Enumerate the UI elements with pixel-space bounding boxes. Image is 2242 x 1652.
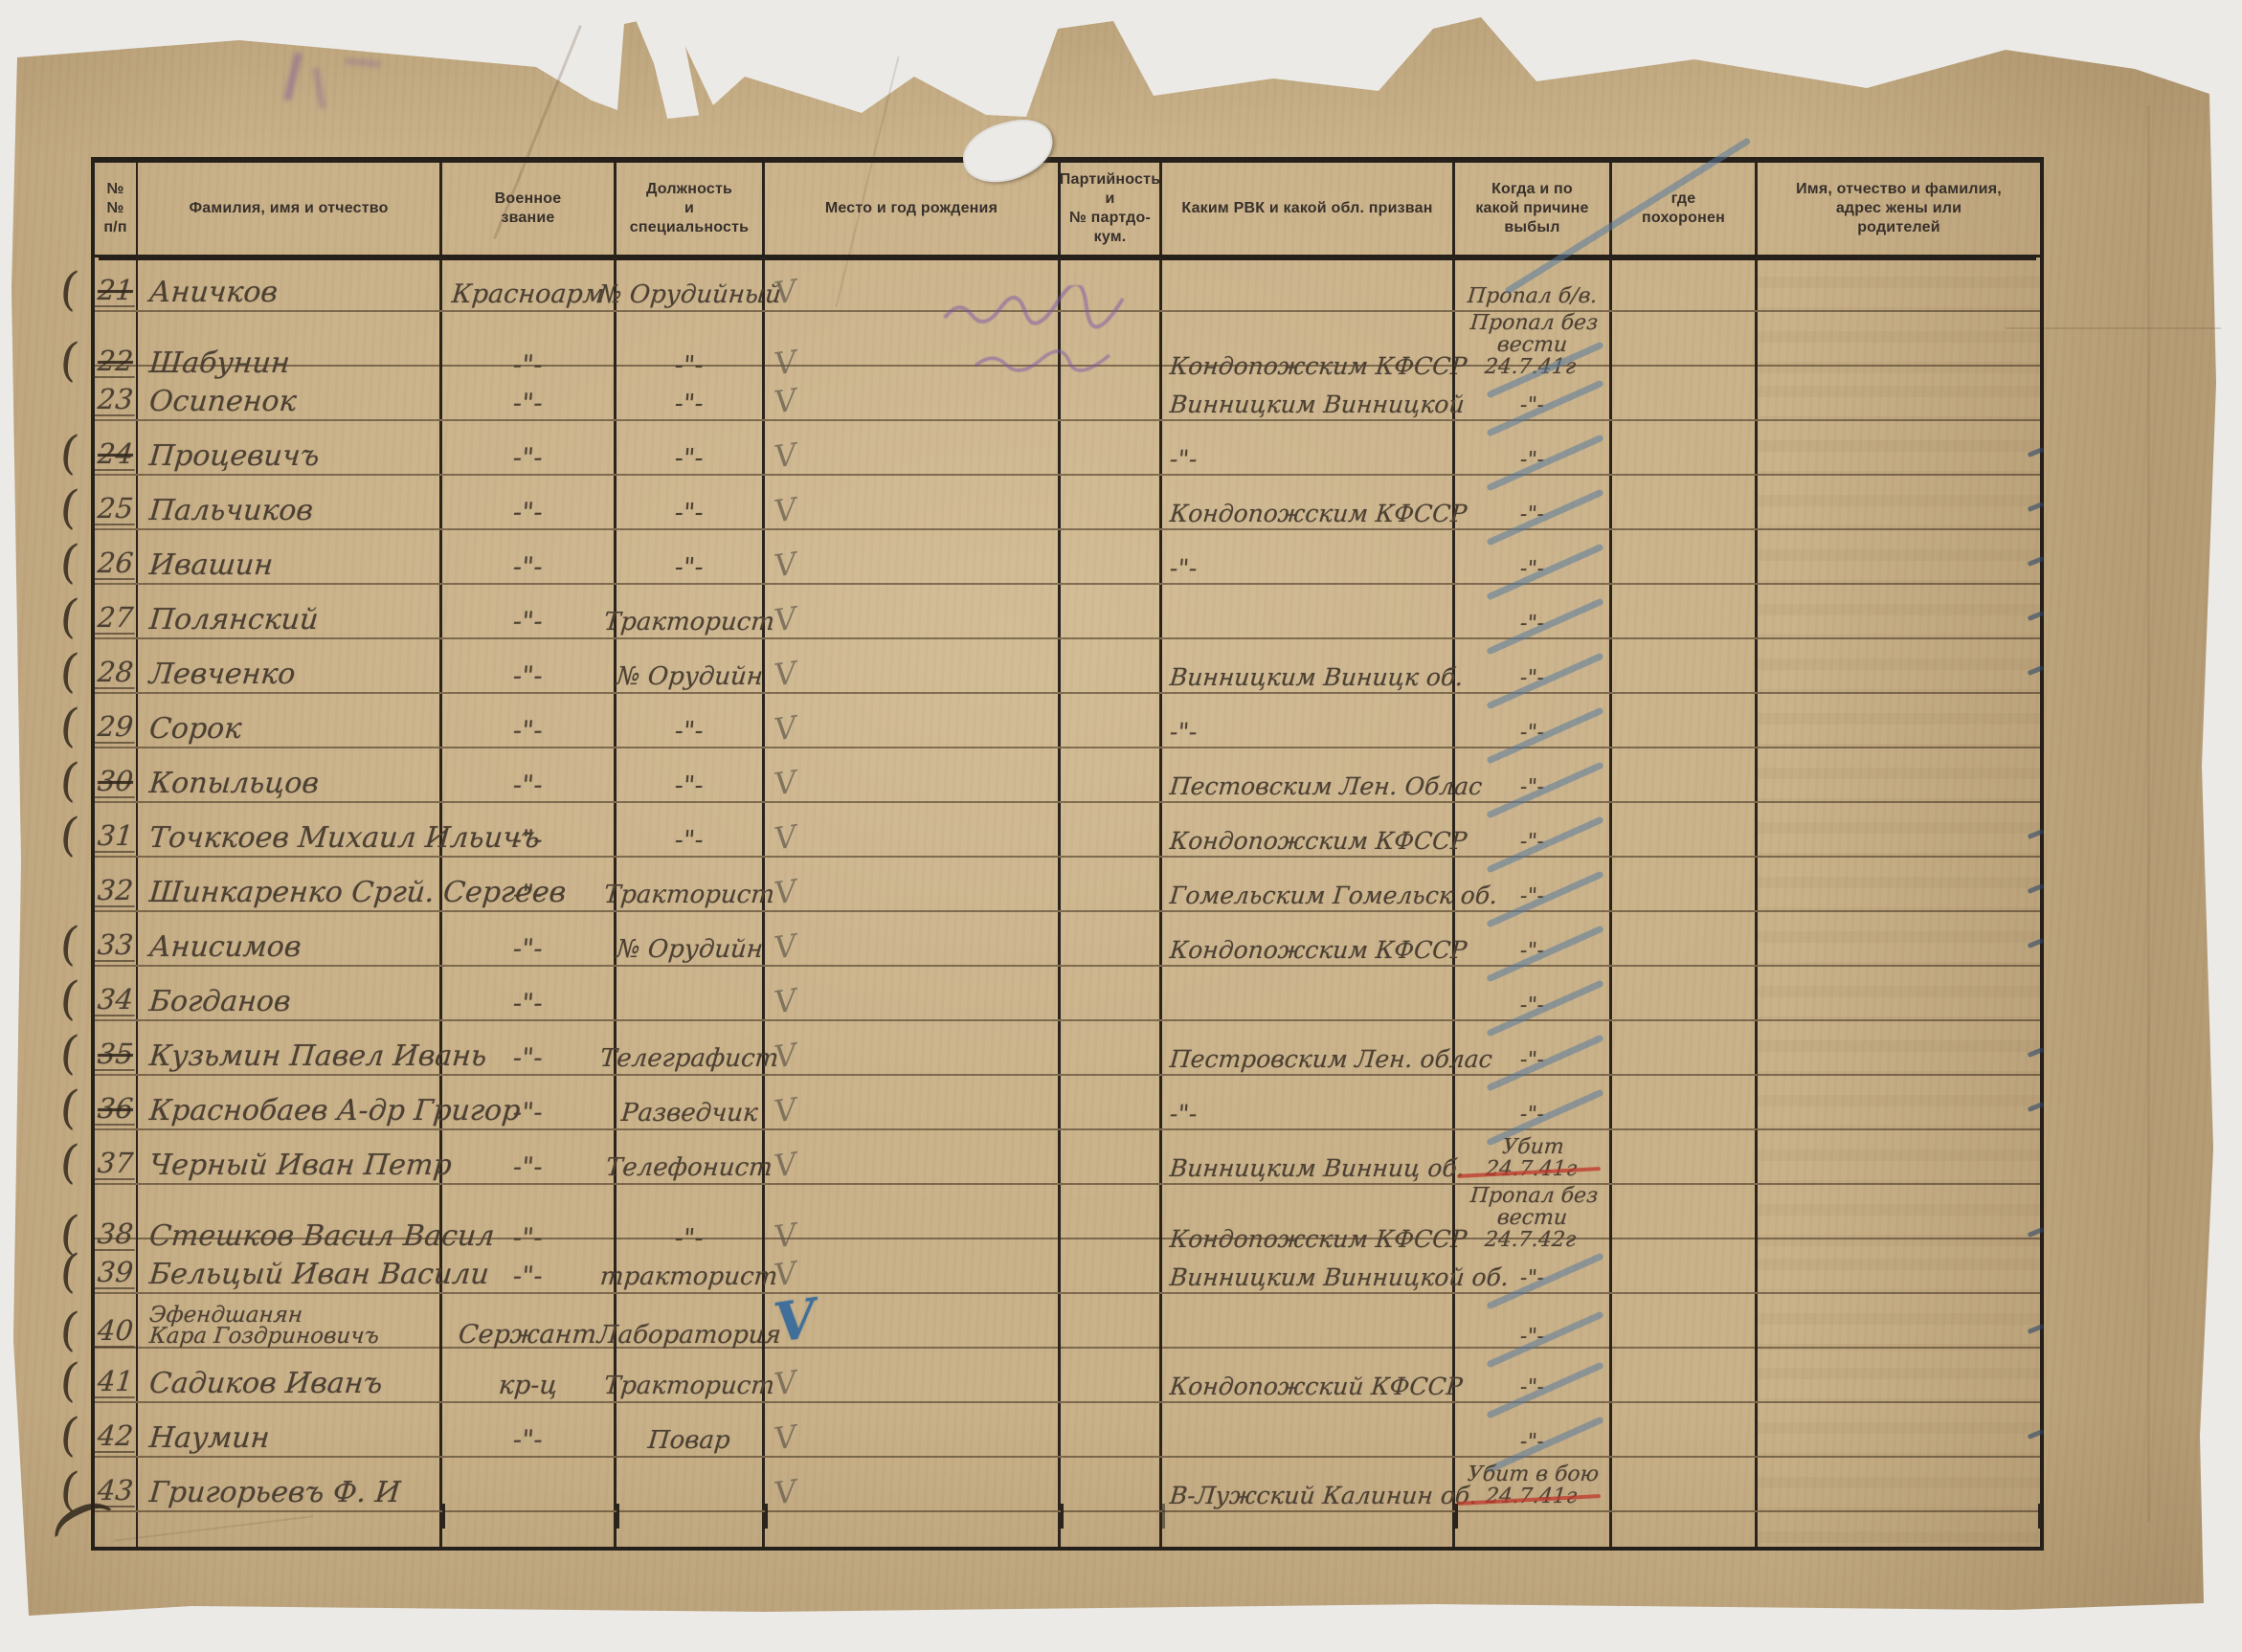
person-name: Наумин: [148, 1424, 271, 1453]
name-cell: Копыльцов: [138, 748, 442, 801]
rank-cell: -"-: [442, 367, 617, 419]
birth-cell: V: [765, 912, 1061, 965]
when-cell: -"-: [1455, 1076, 1612, 1128]
rvk-cell: Пестровским Лен. облас: [1162, 1021, 1455, 1074]
when-cell: -"-: [1455, 803, 1612, 856]
rvk-cell: [1162, 967, 1455, 1019]
pencil-check-mark: V: [773, 821, 798, 855]
family-cell: [1758, 1130, 2040, 1183]
birth-cell: V: [765, 1294, 1061, 1351]
num-cell: ( 32: [95, 858, 138, 910]
person-name: Левченко: [148, 660, 297, 689]
rvk-text: В-Лужский Калинин об.: [1169, 1484, 1478, 1507]
name-cell: Черный Иван Петр: [138, 1130, 442, 1183]
where-cell: [1612, 585, 1758, 637]
rank-text: -"-: [512, 663, 544, 689]
rvk-cell: В-Лужский Калинин об.: [1162, 1458, 1455, 1510]
rvk-cell: [1162, 1294, 1455, 1351]
position-cell: Тракторист: [617, 585, 765, 637]
position-text: -"-: [674, 773, 705, 798]
table-row: ( 26 Ивашин -"- -"- V -"- -"-: [95, 530, 2040, 585]
rvk-cell: Винницким Винницкой об.: [1162, 1239, 1455, 1292]
rvk-cell: Кондопожским КФССР: [1162, 912, 1455, 965]
rank-text: -"-: [512, 391, 544, 416]
position-text: тракторист: [599, 1264, 779, 1289]
pencil-check-mark: V: [773, 658, 798, 691]
where-cell: [1612, 530, 1758, 583]
table-row: ( 42 Наумин -"- Повар V -"-: [95, 1403, 2040, 1458]
row-number: 40: [94, 1317, 138, 1348]
position-text: -"-: [674, 828, 705, 853]
where-cell: [1612, 1021, 1758, 1074]
pencil-check-mark: V: [773, 930, 798, 964]
column-line-stub: [765, 1504, 768, 1529]
table-row: ( 36 Краснобаев А-др Григор -"- Разведчи…: [95, 1076, 2040, 1130]
rvk-text: Винницким Винниц об.: [1169, 1156, 1466, 1180]
rank-cell: Сержант: [442, 1294, 617, 1351]
position-cell: -"-: [617, 421, 765, 474]
row-number: 42: [94, 1422, 138, 1453]
party-cell: [1061, 1021, 1162, 1074]
row-number: 24: [94, 440, 138, 471]
table-row: ( 28 Левченко -"- № Орудийн V Винницким …: [95, 639, 2040, 694]
column-line-stub: [617, 1504, 619, 1529]
party-cell: [1061, 476, 1162, 528]
family-cell: [1758, 257, 2040, 310]
pencil-check-mark: V: [773, 1094, 798, 1127]
num-cell: ( 35: [95, 1021, 138, 1074]
position-cell: тракторист: [617, 1239, 765, 1292]
table-row: ( 30 Копыльцов -"- -"- V Пестовским Лен.…: [95, 748, 2040, 803]
pencil-check-mark: V: [773, 494, 798, 527]
party-cell: [1061, 1130, 1162, 1183]
position-text: № Орудийный: [596, 282, 781, 307]
when-cell: -"-: [1455, 476, 1612, 528]
person-name: Сорок: [148, 715, 243, 744]
blue-ink-dash: [2028, 447, 2045, 458]
row-number: 23: [94, 386, 138, 416]
rank-cell: -"-: [442, 803, 617, 856]
name-cell: Анисимов: [138, 912, 442, 965]
position-text: Лаборатория: [596, 1323, 782, 1348]
rank-cell: -"-: [442, 967, 617, 1019]
column-line-stub: [1162, 1504, 1165, 1529]
where-cell: [1612, 1130, 1758, 1183]
birth-cell: V: [765, 585, 1061, 637]
name-cell: Процевичъ: [138, 421, 442, 474]
pencil-check-mark: V: [773, 1039, 798, 1073]
row-number: 26: [94, 549, 138, 580]
when-cell: Убит в бою 24.7.41г: [1455, 1458, 1612, 1510]
num-cell: ( 40: [95, 1294, 138, 1351]
row-number: 32: [94, 877, 138, 907]
rvk-cell: Гомельским Гомельск об.: [1162, 858, 1455, 910]
position-cell: № Орудийный: [617, 257, 765, 310]
row-number: 29: [94, 713, 138, 744]
party-cell: [1061, 1294, 1162, 1351]
rank-cell: [442, 1458, 617, 1510]
rvk-text: -"-: [1169, 1102, 1199, 1126]
party-cell: [1061, 748, 1162, 801]
rank-text: -"-: [512, 500, 544, 525]
num-cell: ( 39: [95, 1239, 138, 1292]
pencil-check-mark: V: [773, 439, 798, 473]
rank-cell: -"-: [442, 639, 617, 692]
table-header-row: №№ п/п Фамилия, имя и отчество Военное з…: [95, 163, 2040, 257]
where-cell: [1612, 748, 1758, 801]
paper-crease: [2147, 105, 2150, 1522]
position-cell: Повар: [617, 1403, 765, 1456]
when-text: Пропал б/в.: [1467, 285, 1598, 307]
num-cell: ( 25: [95, 476, 138, 528]
rank-cell: -"-: [442, 1076, 617, 1128]
where-cell: [1612, 694, 1758, 747]
name-cell: Краснобаев А-др Григор: [138, 1076, 442, 1128]
position-cell: Лаборатория: [617, 1294, 765, 1351]
position-cell: Разведчик: [617, 1076, 765, 1128]
rank-text: -"-: [512, 991, 544, 1016]
person-name: Пальчиков: [148, 497, 315, 525]
rank-text: -"-: [512, 827, 544, 853]
rank-text: Красноарм: [451, 281, 606, 307]
rank-text: Сержант: [458, 1322, 597, 1348]
where-cell: [1612, 1349, 1758, 1401]
where-cell: [1612, 367, 1758, 419]
table-row: ( 24 Процевичъ -"- -"- V -"- -"-: [95, 421, 2040, 476]
birth-cell: V: [765, 421, 1061, 474]
table-row: ( 43 Григорьевъ Ф. И V В-Лужский Калинин…: [95, 1458, 2040, 1512]
party-cell: [1061, 967, 1162, 1019]
pencil-check-mark: V: [773, 603, 798, 636]
row-number: 35: [94, 1040, 138, 1071]
name-cell: Григорьевъ Ф. И: [138, 1458, 442, 1510]
person-name: Черный Иван Петр: [148, 1151, 453, 1180]
table-row: ( 32 Шинкаренко Сргй. Сергеев -"- Тракто…: [95, 858, 2040, 912]
birth-cell: V: [765, 1458, 1061, 1510]
rank-cell: Красноарм: [442, 257, 617, 310]
num-cell: ( 30: [95, 748, 138, 801]
family-cell: [1758, 803, 2040, 856]
table-row: ( 41 Садиков Иванъ кр-ц Тракторист V Кон…: [95, 1349, 2040, 1403]
party-cell: [1061, 912, 1162, 965]
rank-cell: -"-: [442, 912, 617, 965]
when-cell: -"-: [1455, 858, 1612, 910]
violet-pencil-scribble: [933, 285, 1173, 410]
party-cell: [1061, 530, 1162, 583]
where-cell: [1612, 1239, 1758, 1292]
family-cell: [1758, 1239, 2040, 1292]
family-cell: [1758, 912, 2040, 965]
name-cell: Эфендшанян Кара Гоздриновичъ: [138, 1294, 442, 1351]
table-row: ( 37 Черный Иван Петр -"- Телефонист V В…: [95, 1130, 2040, 1185]
num-cell: ( 31: [95, 803, 138, 856]
name-cell: Точккоев Михаил Ильичъ: [138, 803, 442, 856]
table-body: ( 21 Аничков Красноарм № Орудийный V Про…: [95, 257, 2040, 1547]
header-position: Должность и специальность: [617, 163, 765, 255]
party-cell: [1061, 803, 1162, 856]
position-cell: -"-: [617, 367, 765, 419]
position-cell: Тракторист: [617, 858, 765, 910]
num-cell: ( 24: [95, 421, 138, 474]
where-cell: [1612, 1458, 1758, 1510]
name-cell: Сорок: [138, 694, 442, 747]
name-cell: Ивашин: [138, 530, 442, 583]
name-cell: Левченко: [138, 639, 442, 692]
rvk-text: -"-: [1169, 720, 1199, 744]
header-rank: Военное звание: [442, 163, 617, 255]
rank-text: -"-: [512, 772, 544, 798]
name-cell: Полянский: [138, 585, 442, 637]
name-cell: Осипенок: [138, 367, 442, 419]
name-cell: Богданов: [138, 967, 442, 1019]
rank-cell: -"-: [442, 1130, 617, 1183]
blue-ink-dash: [2028, 665, 2045, 676]
family-cell: [1758, 530, 2040, 583]
position-text: Тракторист: [603, 882, 775, 907]
position-text: № Орудийн: [615, 664, 763, 689]
party-cell: [1061, 421, 1162, 474]
where-cell: [1612, 1076, 1758, 1128]
position-text: -"-: [674, 501, 705, 525]
rank-text: -"-: [512, 1263, 544, 1289]
rank-text: -"-: [512, 718, 544, 744]
birth-cell: V: [765, 1130, 1061, 1183]
family-cell: [1758, 1458, 2040, 1510]
rvk-cell: -"-: [1162, 530, 1455, 583]
where-cell: [1612, 858, 1758, 910]
position-text: Телефонист: [605, 1155, 773, 1180]
rvk-cell: [1162, 1403, 1455, 1456]
row-number: 36: [94, 1095, 138, 1126]
rvk-cell: Кондопожским КФССР: [1162, 803, 1455, 856]
rvk-cell: Винницким Винницкой: [1162, 367, 1455, 419]
num-cell: ( 23: [95, 367, 138, 419]
table-filler-row: [95, 1512, 2040, 1547]
rvk-text: Кондопожским КФССР: [1169, 938, 1468, 962]
pencil-check-mark: V: [773, 985, 798, 1018]
rvk-text: Кондопожским КФССР: [1169, 829, 1468, 853]
row-number: 34: [94, 986, 138, 1016]
column-line-stub: [2038, 1504, 2041, 1529]
when-cell: -"-: [1455, 912, 1612, 965]
column-line-stub: [442, 1504, 445, 1529]
table-row: ( 33 Анисимов -"- № Орудийн V Кондопожск…: [95, 912, 2040, 967]
position-cell: [617, 1458, 765, 1510]
rvk-cell: -"-: [1162, 694, 1455, 747]
where-cell: [1612, 1294, 1758, 1351]
when-cell: -"-: [1455, 530, 1612, 583]
birth-cell: V: [765, 476, 1061, 528]
where-cell: [1612, 257, 1758, 310]
row-number: 21: [94, 277, 138, 307]
position-text: -"-: [674, 391, 705, 416]
person-name: Бельцый Иван Васили: [148, 1261, 490, 1289]
table-row: ( 25 Пальчиков -"- -"- V Кондопожским КФ…: [95, 476, 2040, 530]
table-row: ( 27 Полянский -"- Тракторист V -"-: [95, 585, 2040, 639]
rank-cell: -"-: [442, 694, 617, 747]
num-cell: ( 28: [95, 639, 138, 692]
position-cell: -"-: [617, 476, 765, 528]
pencil-check-mark: V: [773, 876, 798, 909]
family-cell: [1758, 639, 2040, 692]
header-rvk: Каким РВК и какой обл. призван: [1162, 163, 1455, 255]
person-name: Григорьевъ Ф. И: [148, 1479, 402, 1507]
where-cell: [1612, 421, 1758, 474]
position-text: -"-: [674, 555, 705, 580]
header-number: №№ п/п: [95, 163, 138, 255]
person-name: Осипенок: [148, 388, 298, 416]
position-cell: Телефонист: [617, 1130, 765, 1183]
pencil-check-mark: V: [773, 1367, 798, 1400]
rvk-cell: Кондопожским КФССР: [1162, 476, 1455, 528]
rank-text: -"-: [512, 1100, 544, 1126]
person-name: Богданов: [148, 988, 292, 1016]
when-cell: -"-: [1455, 1239, 1612, 1292]
table-row: ( 34 Богданов -"- V -"-: [95, 967, 2040, 1021]
birth-cell: V: [765, 1021, 1061, 1074]
pencil-check-mark: V: [773, 1258, 798, 1291]
name-cell: Наумин: [138, 1403, 442, 1456]
party-cell: [1061, 1458, 1162, 1510]
rvk-text: -"-: [1169, 556, 1199, 580]
name-cell: Кузьмин Павел Ивань: [138, 1021, 442, 1074]
family-cell: [1758, 367, 2040, 419]
name-cell: Бельцый Иван Васили: [138, 1239, 442, 1292]
pencil-check-mark: V: [771, 1291, 819, 1351]
family-cell: [1758, 476, 2040, 528]
position-cell: № Орудийн: [617, 912, 765, 965]
position-text: Разведчик: [620, 1101, 759, 1126]
family-cell: [1758, 858, 2040, 910]
row-number: 25: [94, 495, 138, 525]
table-row: ( 29 Сорок -"- -"- V -"- -"-: [95, 694, 2040, 748]
position-text: Телеграфист: [599, 1046, 780, 1071]
row-number: 30: [94, 768, 138, 798]
num-cell: ( 36: [95, 1076, 138, 1128]
num-cell: ( 21: [95, 257, 138, 310]
position-cell: -"-: [617, 803, 765, 856]
pencil-check-mark: V: [773, 385, 798, 418]
table-row: ( 40 Эфендшанян Кара Гоздриновичъ Сержан…: [95, 1294, 2040, 1349]
when-cell: -"-: [1455, 585, 1612, 637]
row-number: 41: [94, 1368, 138, 1398]
where-cell: [1612, 967, 1758, 1019]
position-cell: -"-: [617, 694, 765, 747]
rvk-cell: [1162, 257, 1455, 310]
family-cell: [1758, 421, 2040, 474]
position-cell: Телеграфист: [617, 1021, 765, 1074]
rvk-text: Пестовским Лен. Облас: [1169, 774, 1483, 798]
num-cell: ( 42: [95, 1403, 138, 1456]
person-name: Садиков Иванъ: [148, 1370, 384, 1398]
family-cell: [1758, 1403, 2040, 1456]
rank-text: -"-: [512, 609, 544, 635]
rvk-text: Винницким Винницкой: [1169, 392, 1466, 416]
rvk-cell: Винницким Винниц об.: [1162, 1130, 1455, 1183]
pencil-check-mark: V: [773, 548, 798, 582]
row-number: 37: [94, 1150, 138, 1180]
person-name: Процевичъ: [148, 442, 321, 471]
rank-text: -"-: [512, 554, 544, 580]
row-number: 39: [94, 1259, 138, 1289]
rvk-cell: Винницким Виницк об.: [1162, 639, 1455, 692]
when-cell: Убит 24.7.41г: [1455, 1130, 1612, 1183]
num-cell: ( 41: [95, 1349, 138, 1401]
column-line-stub: [1061, 1504, 1064, 1529]
pencil-check-mark: V: [773, 767, 798, 800]
blue-ink-dash: [2028, 611, 2045, 621]
family-cell: [1758, 1076, 2040, 1128]
scanned-document-page: №№ п/п Фамилия, имя и отчество Военное з…: [0, 0, 2242, 1652]
birth-cell: V: [765, 1403, 1061, 1456]
party-cell: [1061, 585, 1162, 637]
family-cell: [1758, 748, 2040, 801]
rvk-text: Гомельским Гомельск об.: [1169, 883, 1498, 907]
name-cell: Шинкаренко Сргй. Сергеев: [138, 858, 442, 910]
position-text: № Орудийн: [615, 937, 763, 962]
person-name: Полянский: [148, 606, 320, 635]
position-cell: № Орудийн: [617, 639, 765, 692]
rvk-text: Кондопожским КФССР: [1169, 502, 1468, 525]
party-cell: [1061, 1076, 1162, 1128]
when-cell: -"-: [1455, 1021, 1612, 1074]
when-cell: -"-: [1455, 748, 1612, 801]
blue-ink-dash: [2028, 1227, 2045, 1238]
num-cell: ( 27: [95, 585, 138, 637]
position-cell: Тракторист: [617, 1349, 765, 1401]
person-name: Аничков: [148, 279, 280, 307]
row-number: 27: [94, 604, 138, 635]
person-name-line2: Кара Гоздриновичъ: [148, 1327, 380, 1348]
blue-ink-dash: [2028, 502, 2045, 512]
party-cell: [1061, 639, 1162, 692]
pencil-check-mark: V: [773, 1476, 798, 1509]
party-cell: [1061, 1349, 1162, 1401]
birth-cell: V: [765, 530, 1061, 583]
row-number: 33: [94, 931, 138, 962]
rank-cell: -"-: [442, 858, 617, 910]
pencil-check-mark: V: [773, 276, 798, 309]
rvk-cell: Пестовским Лен. Облас: [1162, 748, 1455, 801]
birth-cell: V: [765, 639, 1061, 692]
rank-cell: -"-: [442, 530, 617, 583]
rank-text: -"-: [512, 936, 544, 962]
family-cell: [1758, 1349, 2040, 1401]
rank-text: -"-: [512, 1427, 544, 1453]
num-cell: ( 37: [95, 1130, 138, 1183]
when-cell: -"-: [1455, 1403, 1612, 1456]
position-text: Повар: [647, 1428, 731, 1453]
blue-ink-dash: [2028, 829, 2045, 839]
family-cell: [1758, 585, 2040, 637]
name-cell: Садиков Иванъ: [138, 1349, 442, 1401]
when-cell: -"-: [1455, 639, 1612, 692]
name-cell: Аничков: [138, 257, 442, 310]
when-cell: -"-: [1455, 694, 1612, 747]
family-cell: [1758, 967, 2040, 1019]
position-cell: [617, 967, 765, 1019]
rvk-cell: -"-: [1162, 421, 1455, 474]
num-cell: ( 34: [95, 967, 138, 1019]
rank-cell: -"-: [442, 585, 617, 637]
rvk-text: Пестровским Лен. облас: [1169, 1047, 1493, 1071]
family-cell: [1758, 1294, 2040, 1351]
position-text: -"-: [674, 719, 705, 744]
num-cell: ( 29: [95, 694, 138, 747]
blue-ink-dash: [2028, 1324, 2045, 1334]
rank-cell: -"-: [442, 748, 617, 801]
when-cell: -"-: [1455, 367, 1612, 419]
